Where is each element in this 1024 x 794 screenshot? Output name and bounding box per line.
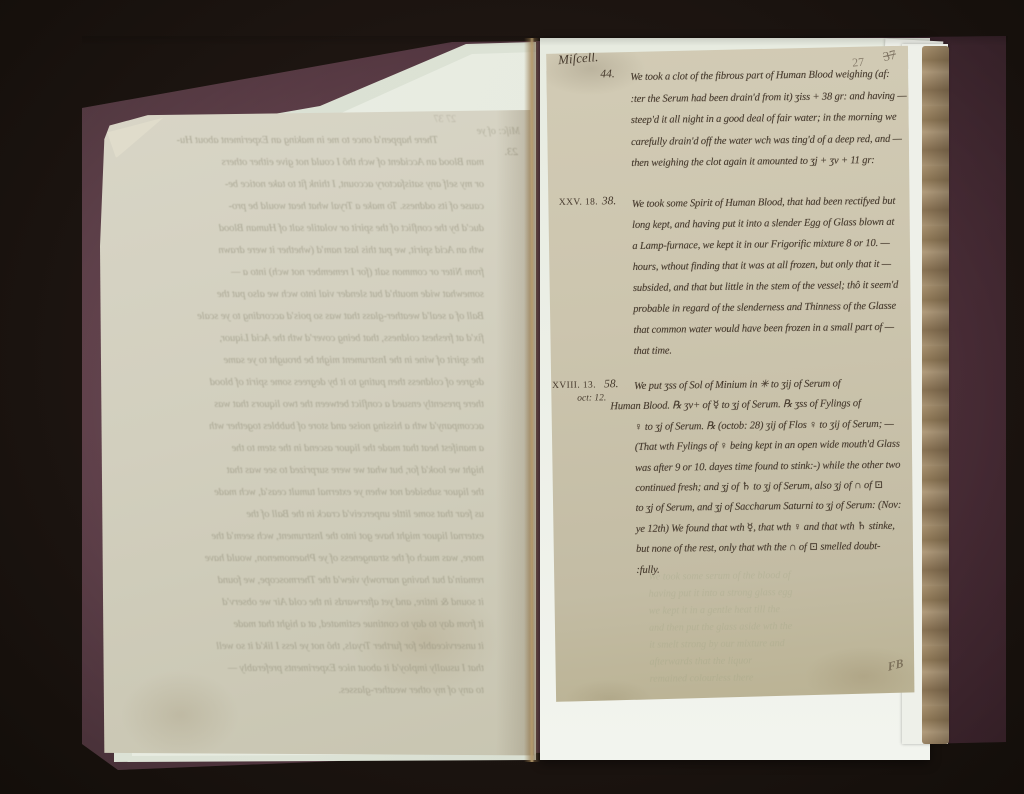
entry-number: 38.	[602, 195, 617, 207]
text-line: remain'd but having narrowly view'd the …	[108, 570, 484, 592]
text-line: (That wth Fylings of ♀ being kept in an …	[635, 435, 901, 459]
text-line: steep'd it all night in a good deal of f…	[631, 107, 907, 132]
gutter-fold	[524, 38, 540, 762]
text-line: to ʒj of Serum, and ʒj of Saccharum Satu…	[635, 496, 901, 520]
text-line: it sound & intire, and yet afterwards in…	[108, 592, 484, 614]
manuscript-entry-44: 44. We took a clot of the fibrous part o…	[630, 64, 907, 175]
text-line: remained colourless there	[650, 669, 794, 688]
margin-reference: XVIII. 13.	[552, 380, 596, 391]
right-page-leaf: Miſcell. 27 37 44. We took a clot of the…	[546, 46, 916, 702]
text-line: There happen'd once to me in making an E…	[108, 130, 438, 152]
text-line: but none of the rest, only that wth the …	[636, 537, 902, 561]
text-line: there presently ensued a conflict betwee…	[108, 394, 484, 416]
margin-date: oct: 12.	[577, 393, 606, 403]
entry-text: We took a clot of the fibrous part of Hu…	[630, 64, 907, 175]
bleed-through-text: 27 37 Miſc: of ye 23. There happen'd onc…	[108, 130, 520, 740]
top-shadow	[82, 36, 1008, 46]
text-line: then weighing the clot again it amounted…	[631, 150, 907, 175]
text-line: afterwards that the liquor	[649, 652, 793, 671]
text-line: that common water would have been frozen…	[633, 317, 899, 341]
text-line: or my self any satisfactory account, I t…	[108, 174, 484, 196]
text-line: it from day to day to continue estimated…	[108, 614, 484, 636]
bleed-through-lines: There happen'd once to me in making an E…	[108, 130, 484, 702]
manuscript-entry-38: XXV. 18. 38. We took some Spirit of Huma…	[632, 191, 899, 362]
corner-ink-flourish: FB	[887, 656, 904, 675]
text-line: duc'd by the conflict of the spirit or v…	[108, 218, 484, 240]
text-line: we kept it in a gentle heat till the	[649, 601, 793, 620]
text-line: having put it into a strong glass egg	[649, 584, 793, 603]
text-line: degree of coldness then puting to it by …	[108, 372, 484, 394]
text-line: more, was much of the strangeness of ye …	[108, 548, 484, 570]
left-page-leaf: 27 37 Miſc: of ye 23. There happen'd onc…	[100, 110, 534, 758]
text-line: fix'd at freshest coldness, that being c…	[108, 328, 484, 350]
fore-edge-leaves	[922, 46, 949, 744]
text-line: We took some serum of the blood of	[648, 567, 792, 586]
text-line: Ball of a seal'd weather-glass that was …	[108, 306, 484, 328]
text-line: external liquor might have got into the …	[108, 526, 484, 548]
entry-text: We put ʒss of Sol of Minium in ✳ to ʒij …	[634, 374, 902, 581]
text-line: a manifest heat that made the liquor asc…	[108, 438, 484, 460]
text-line: cause of its oddness. To make a Tryal wh…	[108, 196, 484, 218]
text-line: us fear that some little unperceiv'd cra…	[108, 504, 484, 526]
text-line: hight we look'd for, but what we were su…	[108, 460, 484, 482]
text-line: man Blood an Accident of wch thô I could…	[108, 152, 484, 174]
text-line: accompany'd wth a hissing noise and stor…	[108, 416, 484, 438]
text-line: the liquor subsided not when ye external…	[108, 482, 484, 504]
text-line: to any of my other weather-glasses.	[108, 680, 484, 702]
entry-number: 44.	[600, 68, 615, 80]
text-line: it smelt strong by our mixture and	[649, 635, 793, 654]
text-line: and then put the glass aside wth the	[649, 618, 793, 637]
show-through-text: We took some serum of the blood ofhaving…	[648, 567, 793, 688]
text-line: We took a clot of the fibrous part of Hu…	[630, 64, 906, 89]
entry-number: 58.	[604, 378, 619, 390]
margin-reference: XXV. 18.	[559, 197, 598, 207]
text-line: the spirit of wine in the Instrument mig…	[108, 350, 484, 372]
photographed-manuscript-book: 27 37 Miſc: of ye 23. There happen'd onc…	[0, 0, 1024, 794]
text-line: that time.	[634, 338, 900, 362]
pencil-show-through: 27 37	[434, 114, 457, 125]
crossed-folio-number: 37	[881, 47, 897, 65]
text-line: it unserviceable for further Tryals, thô…	[108, 636, 484, 658]
entry-text: We took some Spirit of Human Blood, that…	[632, 191, 899, 362]
text-line: wth an Acid spirit, we put this last nam…	[108, 240, 484, 262]
text-line: somewhat wide mouth'd but slender vial i…	[108, 284, 484, 306]
text-line: from Niter or common salt (for I remembe…	[108, 262, 484, 284]
manuscript-entry-58: XVIII. 13. oct: 12. 58. We put ʒss of So…	[634, 374, 902, 581]
text-line: that I usually imploy'd it about nice Ex…	[108, 658, 484, 680]
